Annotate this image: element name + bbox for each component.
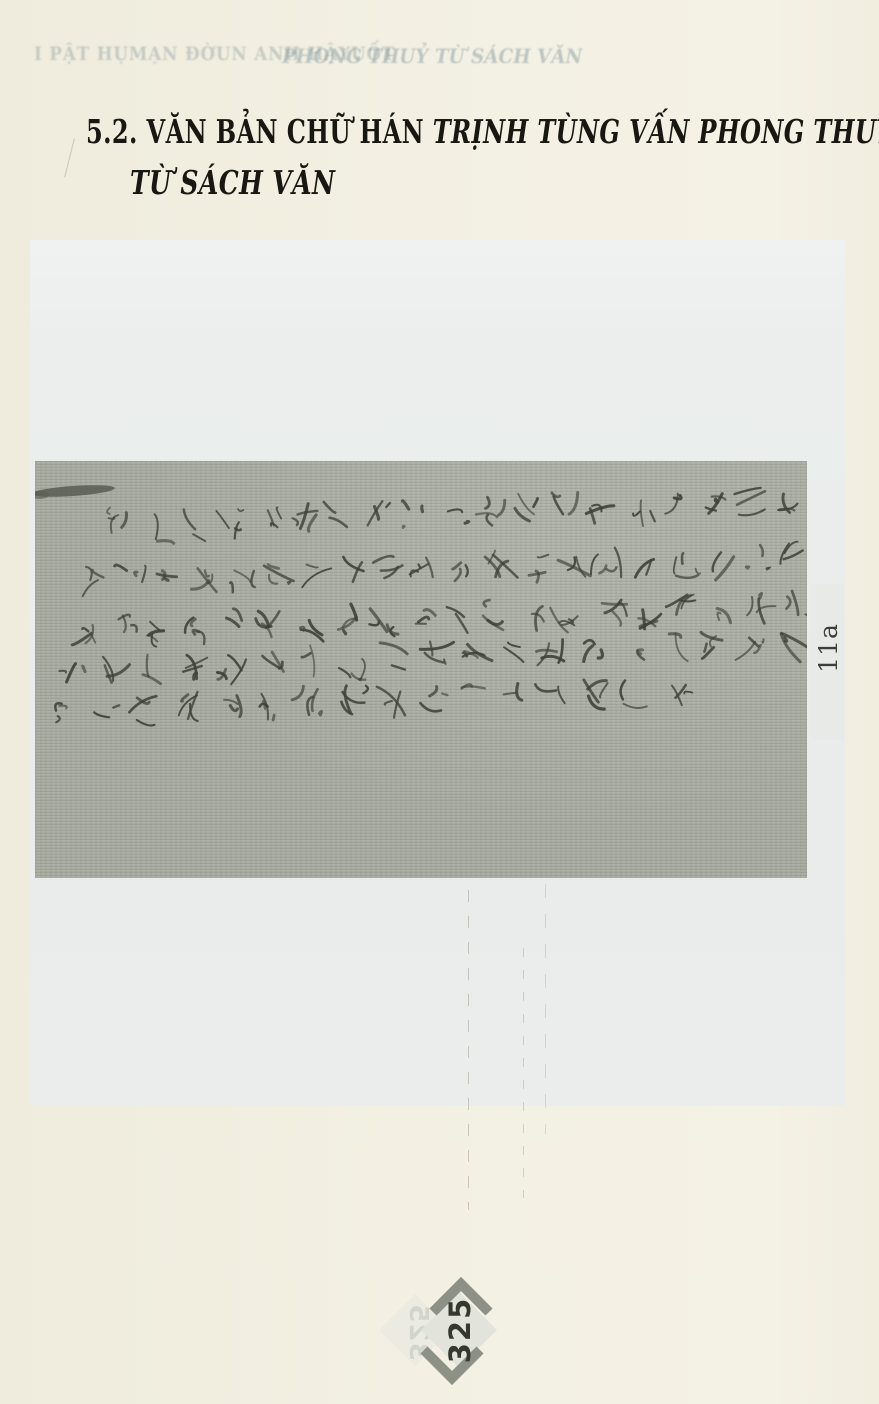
page-number: 325 bbox=[443, 1297, 477, 1364]
heading-title-upright: VĂN BẢN CHỮ HÁN bbox=[147, 112, 425, 151]
scratch-line bbox=[523, 948, 524, 1198]
scratch-line bbox=[468, 890, 469, 1210]
calligraphy-strokes bbox=[35, 461, 807, 878]
page-number-ornament: 325 325 bbox=[372, 1256, 542, 1404]
section-heading: 5.2. VĂN BẢN CHỮ HÁN TRỊNH TÙNG VẤN PHON… bbox=[86, 112, 879, 202]
scratch-line bbox=[64, 138, 75, 177]
calligraphy-row bbox=[60, 632, 808, 684]
bleed-through-header: I PẬT HỤMẠN ĐỜUN ANH HẬYUỐT PHONG THUỶ T… bbox=[34, 40, 554, 76]
calligraphy-row bbox=[83, 542, 807, 597]
scratch-line bbox=[545, 884, 546, 1134]
heading-title-line2: TỪ SÁCH VĂN bbox=[130, 163, 879, 202]
folio-label: 11a bbox=[798, 626, 858, 670]
calligraphy-row bbox=[107, 488, 807, 543]
calligraphy-row bbox=[72, 591, 807, 647]
manuscript-photo: 向任回陵吉凶所以為列道從劃民不取三遠而使 敢朝諸於水之法去春未已回題成幸主整辰半… bbox=[35, 461, 807, 878]
heading-line1: 5.2. VĂN BẢN CHỮ HÁN TRỊNH TÙNG VẤN PHON… bbox=[86, 112, 879, 151]
running-title-text: PHONG THUỶ TỪ SÁCH VĂN bbox=[282, 44, 582, 68]
book-page: I PẬT HỤMẠN ĐỜUN ANH HẬYUỐT PHONG THUỶ T… bbox=[0, 0, 879, 1404]
calligraphy-row bbox=[55, 680, 692, 726]
heading-title-italic: TRỊNH TÙNG VẤN PHONG THUỶ bbox=[433, 112, 879, 151]
heading-number: 5.2. bbox=[86, 112, 138, 151]
